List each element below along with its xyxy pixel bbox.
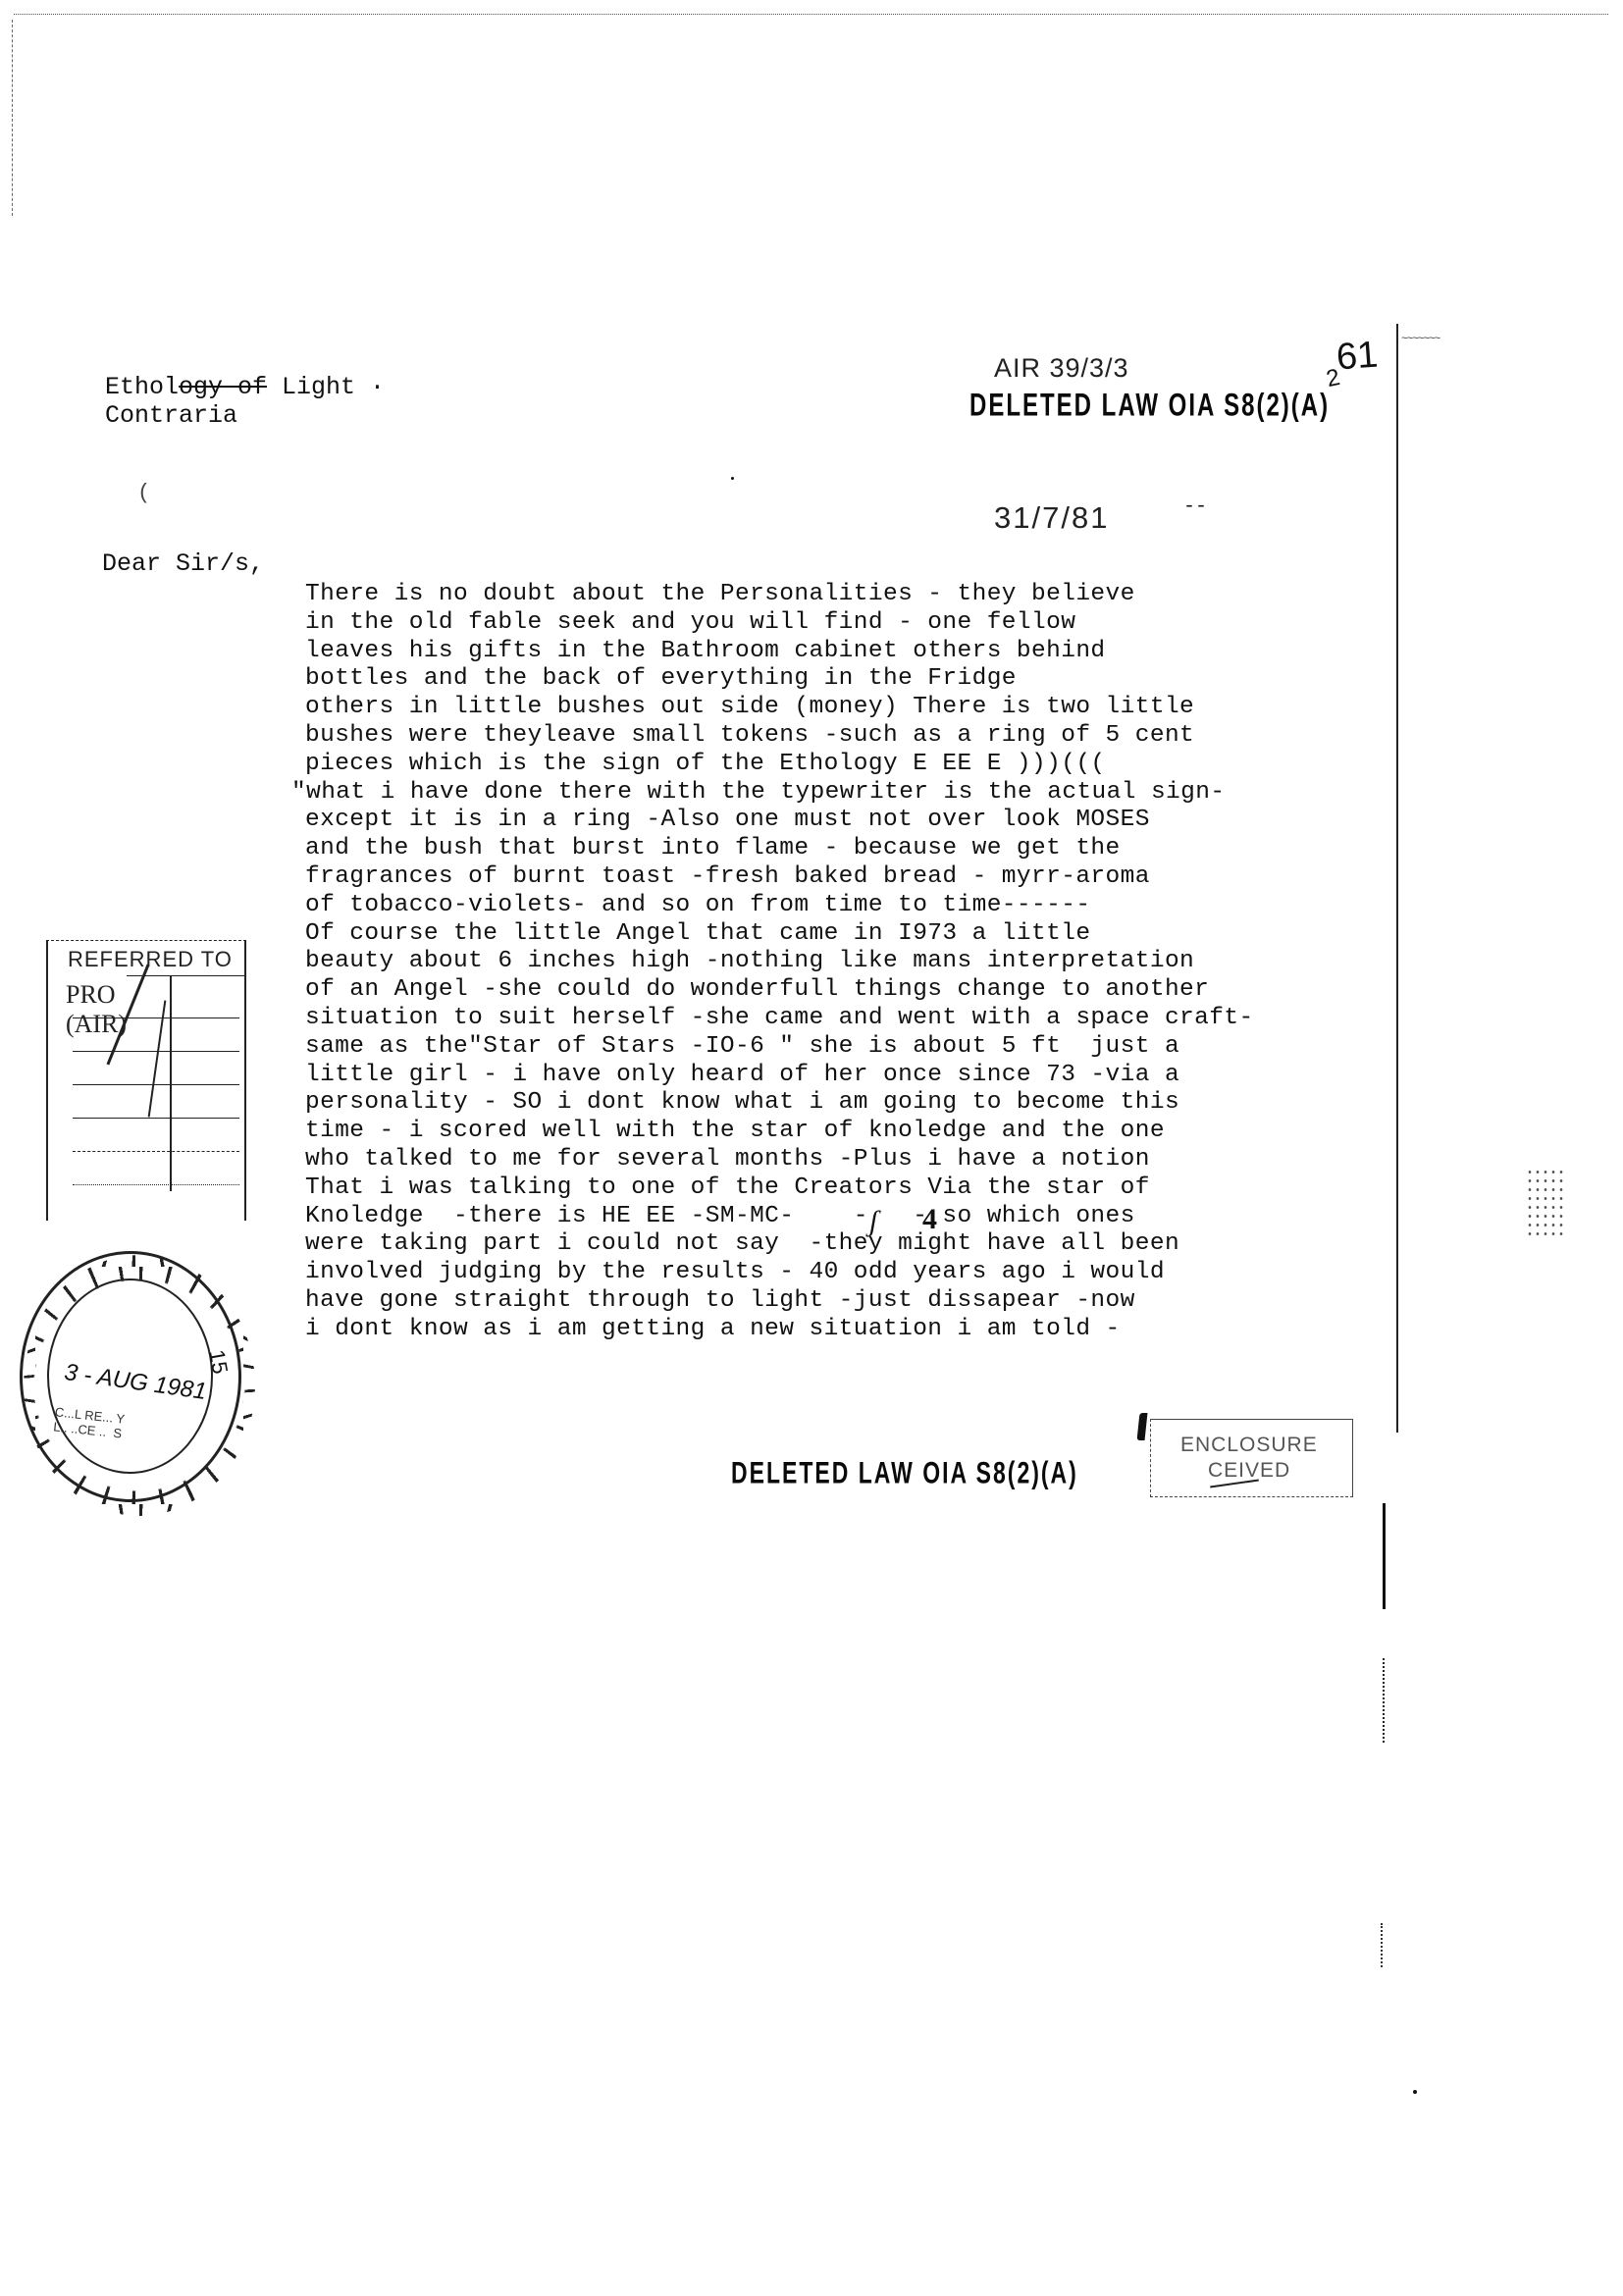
stamp-ink-bar [1137, 1413, 1148, 1440]
body-line: personality - SO i dont know what i am g… [305, 1089, 1394, 1118]
body-line: in the old fable seek and you will find … [305, 609, 1394, 638]
scan-speckle [1526, 1168, 1565, 1236]
stamp-row-line [73, 1118, 239, 1119]
body-line: i dont know as i am getting a new situat… [305, 1316, 1394, 1344]
file-reference: AIR 39/3/3 [994, 353, 1129, 384]
scan-speck [1413, 2090, 1417, 2094]
redaction-stamp-bottom: DELETED LAW OIA S8(2)(A) [731, 1455, 1078, 1490]
body-line: Of course the little Angel that came in … [305, 920, 1394, 949]
folio-number: 61 [1335, 335, 1380, 380]
body-line: of tobacco-violets- and so on from time … [305, 892, 1394, 920]
body-line: little girl - i have only heard of her o… [305, 1062, 1394, 1090]
body-line: pieces which is the sign of the Ethology… [305, 751, 1394, 779]
body-line: were taking part i could not say -they m… [305, 1230, 1394, 1259]
body-line: same as the"Star of Stars -IO-6 " she is… [305, 1033, 1394, 1062]
right-margin-line [1383, 1658, 1385, 1743]
enclosure-stamp: ENCLOSURE CEIVED [1150, 1419, 1353, 1497]
referred-to-title: REFERRED TO [68, 947, 233, 972]
body-line: "what i have done there with the typewri… [291, 779, 1394, 808]
body-line: beauty about 6 inches high -nothing like… [305, 948, 1394, 976]
stamp-ring-number: 15 [203, 1348, 233, 1377]
heading-line-2: Contraria [105, 401, 385, 430]
body-line: That i was talking to one of the Creator… [305, 1174, 1394, 1203]
referred-to-stamp: REFERRED TO PRO (AIR) [46, 940, 246, 1221]
struck-text: ogy of [179, 373, 267, 401]
right-margin-line [1381, 1923, 1383, 1967]
stamp-row-line [73, 1184, 239, 1185]
document-heading: Ethology of Light · Contraria [105, 373, 385, 430]
body-line: except it is in a ring -Also one must no… [305, 807, 1394, 835]
body-line: bushes were theyleave small tokens -such… [305, 722, 1394, 751]
handwritten-mark: 4 [922, 1203, 937, 1236]
enclosure-label: ENCLOSURE [1180, 1434, 1318, 1457]
stray-mark: ( [137, 481, 150, 505]
letter-date: 31/7/81 [994, 500, 1109, 536]
scan-speck [731, 477, 734, 480]
body-line: leaves his gifts in the Bathroom cabinet… [305, 638, 1394, 666]
body-line: situation to suit herself -she came and … [305, 1005, 1394, 1033]
body-line: of an Angel -she could do wonderfull thi… [305, 976, 1394, 1005]
heading-line-1: Ethology of Light · [105, 373, 385, 401]
body-line: involved judging by the results - 40 odd… [305, 1259, 1394, 1287]
date-dash: -- [1183, 496, 1207, 518]
page-left-edge [12, 20, 13, 216]
body-line: time - i scored well with the star of kn… [305, 1118, 1394, 1146]
stamp-divider [170, 975, 172, 1191]
handwritten-mark: ʃ [869, 1205, 878, 1238]
right-margin-line [1396, 324, 1398, 1433]
body-line: fragrances of burnt toast -fresh baked b… [305, 863, 1394, 892]
body-line: who talked to me for several months -Plu… [305, 1146, 1394, 1174]
right-margin-line [1383, 1503, 1386, 1609]
body-line: have gone straight through to light -jus… [305, 1287, 1394, 1316]
referred-to-entry: PRO (AIR) [66, 980, 127, 1039]
body-line: There is no doubt about the Personalitie… [305, 581, 1394, 609]
letter-body: There is no doubt about the Personalitie… [305, 581, 1394, 1344]
body-line: Knoledge -there is HE EE -SM-MC- - - so … [305, 1203, 1394, 1231]
body-line: and the bush that burst into flame - bec… [305, 835, 1394, 863]
stamp-row-line [73, 1084, 239, 1085]
redaction-stamp-top: DELETED LAW OIA S8(2)(A) [969, 388, 1330, 425]
body-line: others in little bushes out side (money)… [305, 694, 1394, 722]
page-top-edge [14, 14, 1608, 15]
stamp-row-line [73, 1151, 239, 1152]
stamp-row-line [73, 1018, 239, 1018]
body-line: bottles and the back of everything in th… [305, 665, 1394, 694]
enclosure-status: CEIVED [1208, 1459, 1290, 1483]
received-date-stamp: 3 - AUG 1981 C...L RE... Y L.. ..CE .. S… [20, 1241, 245, 1506]
salutation: Dear Sir/s, [102, 549, 264, 578]
corner-scribble: ~~~~~~~ [1401, 334, 1440, 345]
